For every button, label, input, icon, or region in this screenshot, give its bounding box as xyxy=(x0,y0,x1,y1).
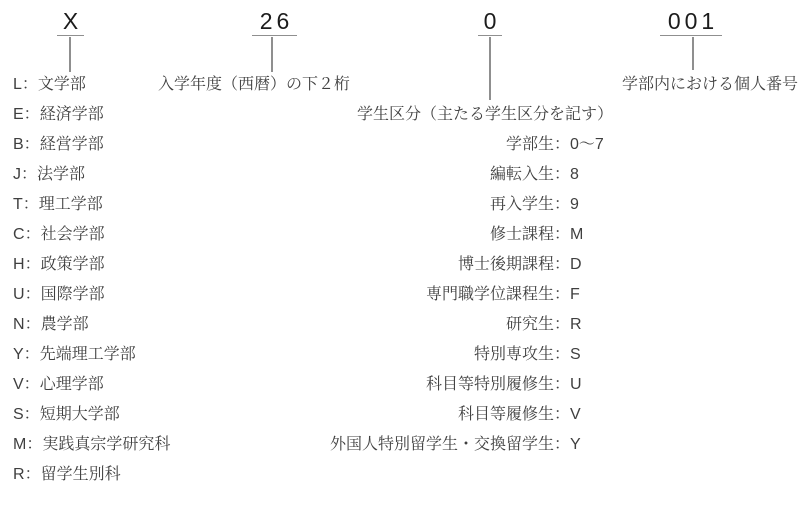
faculty-code-item: V：心理学部 xyxy=(13,370,170,400)
category-label: 特別専攻生 xyxy=(474,346,554,363)
faculty-code: V xyxy=(13,376,24,393)
category-value: M xyxy=(570,220,583,250)
faculty-name: 法学部 xyxy=(37,166,85,183)
separator-colon: ： xyxy=(25,286,41,303)
faculty-code-item: L：文学部 xyxy=(13,70,170,100)
student-id-format-diagram: { "student_id_format": { "separator": "：… xyxy=(0,0,800,531)
category-value: Y xyxy=(570,430,581,460)
separator-colon: ： xyxy=(21,166,37,183)
student-category-item: 特別専攻生：S xyxy=(240,340,604,370)
faculty-name: 短期大学部 xyxy=(40,406,120,423)
separator-colon: ： xyxy=(24,406,40,423)
separator-colon: ： xyxy=(23,196,39,213)
connector-line-personal-number xyxy=(692,37,694,70)
student-category-item: 専門職学位課程生：F xyxy=(240,280,604,310)
separator-colon: ： xyxy=(554,226,570,243)
student-category-item: 修士課程：M xyxy=(240,220,604,250)
faculty-name: 留学生別科 xyxy=(41,466,121,483)
category-value: D xyxy=(570,250,582,280)
category-value: 8 xyxy=(570,160,579,190)
connector-line-faculty xyxy=(69,37,71,72)
category-label-cell: 博士後期課程： xyxy=(240,250,570,280)
separator-colon: ： xyxy=(554,346,570,363)
category-label: 学部生 xyxy=(506,136,554,153)
faculty-code-item: T：理工学部 xyxy=(13,190,170,220)
faculty-name: 政策学部 xyxy=(41,256,105,273)
personal-number-label: 学部内における個人番号 xyxy=(622,70,798,100)
separator-colon: ： xyxy=(24,376,40,393)
faculty-name: 経済学部 xyxy=(40,106,104,123)
faculty-code: S xyxy=(13,406,24,423)
category-label-cell: 専門職学位課程生： xyxy=(240,280,570,310)
category-label-cell: 特別専攻生： xyxy=(240,340,570,370)
student-category-item: 学部生：0〜7 xyxy=(240,130,604,160)
faculty-code: B xyxy=(13,136,24,153)
category-label: 研究生 xyxy=(506,316,554,333)
faculty-name: 社会学部 xyxy=(41,226,105,243)
faculty-code-item: J：法学部 xyxy=(13,160,170,190)
student-category-item: 編転入生：8 xyxy=(240,160,604,190)
category-value: U xyxy=(570,370,582,400)
category-label: 科目等特別履修生 xyxy=(426,376,554,393)
separator-colon: ： xyxy=(25,256,41,273)
category-label-cell: 学部生： xyxy=(240,130,570,160)
category-label-cell: 科目等履修生： xyxy=(240,400,570,430)
category-label: 科目等履修生 xyxy=(458,406,554,423)
field-student-category: 0 xyxy=(478,8,502,36)
faculty-code: N xyxy=(13,316,25,333)
faculty-code: M xyxy=(13,436,26,453)
separator-colon: ： xyxy=(554,316,570,333)
student-category-list: 学部生：0〜7 編転入生：8 再入学生：9 修士課程：M 博士後期課程：D 専門… xyxy=(240,130,604,460)
faculty-code: U xyxy=(13,286,25,303)
faculty-code-item: B：経営学部 xyxy=(13,130,170,160)
faculty-code-item: E：経済学部 xyxy=(13,100,170,130)
separator-colon: ： xyxy=(22,76,38,93)
student-category-item: 博士後期課程：D xyxy=(240,250,604,280)
category-value: 0〜7 xyxy=(570,130,604,160)
faculty-name: 心理学部 xyxy=(40,376,104,393)
faculty-code-item: Y：先端理工学部 xyxy=(13,340,170,370)
student-category-item: 科目等特別履修生：U xyxy=(240,370,604,400)
faculty-name: 実践真宗学研究科 xyxy=(42,436,170,453)
faculty-code-item: R：留学生別科 xyxy=(13,460,170,490)
faculty-name: 文学部 xyxy=(38,76,86,93)
faculty-name: 理工学部 xyxy=(39,196,103,213)
separator-colon: ： xyxy=(25,226,41,243)
category-label-cell: 研究生： xyxy=(240,310,570,340)
category-label: 博士後期課程 xyxy=(458,256,554,273)
separator-colon: ： xyxy=(25,466,41,483)
faculty-name: 経営学部 xyxy=(40,136,104,153)
student-category-item: 再入学生：9 xyxy=(240,190,604,220)
separator-colon: ： xyxy=(554,166,570,183)
faculty-name: 農学部 xyxy=(41,316,89,333)
category-value: R xyxy=(570,310,582,340)
connector-line-category xyxy=(489,37,491,100)
separator-colon: ： xyxy=(25,316,41,333)
faculty-code: C xyxy=(13,226,25,243)
connector-line-year xyxy=(271,37,273,72)
faculty-code-item: S：短期大学部 xyxy=(13,400,170,430)
faculty-code: T xyxy=(13,196,23,213)
category-label: 外国人特別留学生・交換留学生 xyxy=(330,436,554,453)
separator-colon: ： xyxy=(554,256,570,273)
student-category-label: 学生区分（主たる学生区分を記す） xyxy=(357,100,613,130)
faculty-code-item: M：実践真宗学研究科 xyxy=(13,430,170,460)
category-label: 修士課程 xyxy=(490,226,554,243)
faculty-code: L xyxy=(13,76,22,93)
faculty-name: 国際学部 xyxy=(41,286,105,303)
faculty-code-item: N：農学部 xyxy=(13,310,170,340)
faculty-code-item: H：政策学部 xyxy=(13,250,170,280)
category-label-cell: 外国人特別留学生・交換留学生： xyxy=(240,430,570,460)
category-label-cell: 科目等特別履修生： xyxy=(240,370,570,400)
separator-colon: ： xyxy=(24,346,40,363)
separator-colon: ： xyxy=(554,406,570,423)
student-category-item: 科目等履修生：V xyxy=(240,400,604,430)
separator-colon: ： xyxy=(554,436,570,453)
faculty-code: R xyxy=(13,466,25,483)
faculty-code: Y xyxy=(13,346,24,363)
faculty-code-list: L：文学部 E：経済学部 B：経営学部 J：法学部 T：理工学部 C：社会学部 … xyxy=(13,70,170,490)
diagram-canvas: X 26 0 001 入学年度（西暦）の下２桁 学生区分（主たる学生区分を記す）… xyxy=(0,0,800,531)
field-admission-year: 26 xyxy=(252,8,297,36)
faculty-code: H xyxy=(13,256,25,273)
category-value: 9 xyxy=(570,190,579,220)
category-value: F xyxy=(570,280,580,310)
separator-colon: ： xyxy=(24,106,40,123)
category-label: 専門職学位課程生 xyxy=(426,286,554,303)
separator-colon: ： xyxy=(554,136,570,153)
separator-colon: ： xyxy=(554,196,570,213)
field-faculty-code: X xyxy=(57,8,84,36)
category-value: V xyxy=(570,400,581,430)
category-label-cell: 編転入生： xyxy=(240,160,570,190)
faculty-code: E xyxy=(13,106,24,123)
separator-colon: ： xyxy=(554,376,570,393)
student-category-item: 外国人特別留学生・交換留学生：Y xyxy=(240,430,604,460)
faculty-code-item: C：社会学部 xyxy=(13,220,170,250)
faculty-code: J xyxy=(13,166,21,183)
category-label: 再入学生 xyxy=(490,196,554,213)
separator-colon: ： xyxy=(26,436,42,453)
category-label-cell: 修士課程： xyxy=(240,220,570,250)
faculty-name: 先端理工学部 xyxy=(40,346,136,363)
category-label: 編転入生 xyxy=(490,166,554,183)
category-value: S xyxy=(570,340,581,370)
category-label-cell: 再入学生： xyxy=(240,190,570,220)
separator-colon: ： xyxy=(24,136,40,153)
field-personal-number: 001 xyxy=(660,8,722,36)
separator-colon: ： xyxy=(554,286,570,303)
student-category-item: 研究生：R xyxy=(240,310,604,340)
admission-year-label: 入学年度（西暦）の下２桁 xyxy=(158,70,350,100)
faculty-code-item: U：国際学部 xyxy=(13,280,170,310)
